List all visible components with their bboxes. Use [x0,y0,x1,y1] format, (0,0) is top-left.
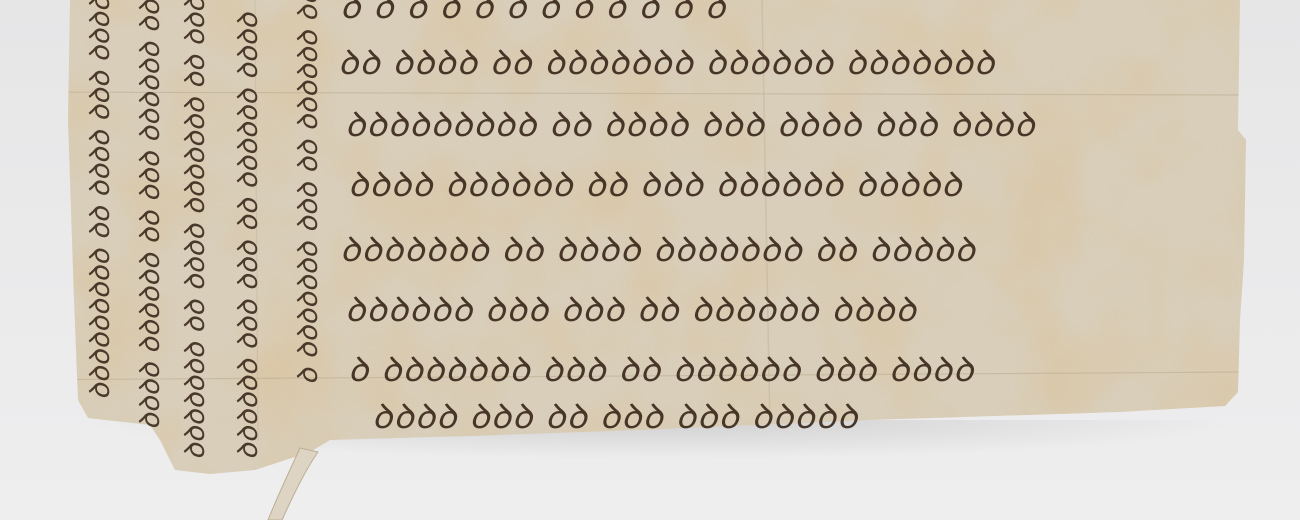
manuscript-line: ꝺꝺꝺꝺ ꝺꝺꝺꝺꝺꝺ ꝺꝺ ꝺꝺꝺ ꝺꝺꝺꝺꝺꝺ ꝺꝺꝺꝺꝺ [348,160,963,206]
manuscript-line: ꝺꝺ ꝺꝺꝺꝺ ꝺꝺ ꝺꝺꝺꝺꝺꝺꝺ ꝺꝺꝺꝺꝺꝺ ꝺꝺꝺꝺꝺꝺꝺ [338,38,995,84]
manuscript-line: ꝺ ꝺ ꝺ ꝺ ꝺ ꝺ ꝺ ꝺ ꝺ ꝺ ꝺ ꝺ [340,0,726,28]
manuscript-line: ꝺꝺꝺꝺꝺꝺ ꝺꝺꝺ ꝺꝺꝺ ꝺꝺ ꝺꝺꝺꝺꝺꝺ ꝺꝺꝺꝺ [345,285,917,331]
manuscript-line: ꝺꝺꝺꝺ ꝺꝺꝺ ꝺꝺ ꝺꝺꝺ ꝺꝺꝺ ꝺꝺꝺꝺꝺ [372,392,858,438]
manuscript-line: ꝺ ꝺꝺꝺꝺꝺꝺꝺ ꝺꝺꝺ ꝺꝺ ꝺꝺꝺꝺꝺꝺ ꝺꝺꝺ ꝺꝺꝺꝺ [348,345,974,391]
margin-column: ꝺꝺꝺꝺ ꝺꝺꝺꝺꝺꝺ ꝺꝺ ꝺꝺꝺ ꝺꝺꝺꝺꝺꝺ ꝺꝺꝺꝺꝺ [130,0,168,430]
margin-column: ꝺꝺꝺꝺꝺꝺꝺꝺꝺ ꝺꝺ ꝺꝺꝺꝺ ꝺꝺꝺ ꝺꝺꝺꝺ ꝺꝺꝺ ꝺꝺꝺꝺ [80,0,118,400]
margin-column: ꝺꝺꝺꝺꝺꝺꝺ ꝺꝺ ꝺꝺꝺꝺ ꝺꝺꝺꝺꝺꝺꝺ ꝺꝺ ꝺꝺꝺꝺꝺ [175,0,213,460]
manuscript-line: ꝺꝺꝺꝺꝺꝺꝺ ꝺꝺ ꝺꝺꝺꝺ ꝺꝺꝺꝺꝺꝺꝺ ꝺꝺ ꝺꝺꝺꝺꝺ [340,225,976,271]
margin-column: ꝺꝺꝺꝺꝺꝺ ꝺꝺꝺ ꝺꝺꝺ ꝺꝺ ꝺꝺꝺꝺꝺꝺ ꝺꝺꝺꝺ [228,13,266,460]
margin-column: ꝺ ꝺꝺꝺꝺꝺꝺꝺ ꝺꝺꝺ ꝺꝺ ꝺꝺꝺꝺꝺꝺ ꝺꝺꝺ ꝺꝺꝺꝺ [288,0,326,385]
manuscript-line: ꝺꝺꝺꝺꝺꝺꝺꝺꝺ ꝺꝺ ꝺꝺꝺꝺ ꝺꝺꝺ ꝺꝺꝺꝺ ꝺꝺꝺ ꝺꝺꝺꝺ [345,100,1035,146]
